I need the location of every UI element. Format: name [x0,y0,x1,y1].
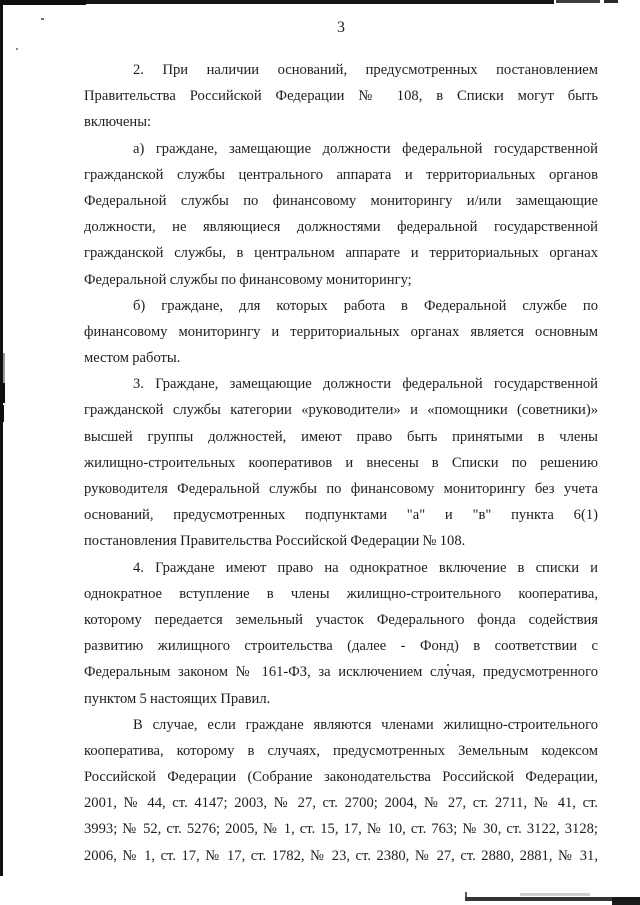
text-line: постановления Правительства Российской Ф… [84,528,598,554]
paragraph: 3. Граждане, замещающие должности федера… [84,371,598,554]
scanned-document-page: { "page": { "number": "3" }, "colors": {… [0,0,640,905]
text-line: которому передается земельный участок Фе… [84,607,598,633]
text-line: гражданской службы, в центральном аппара… [84,240,598,266]
text-line: кооператива, которому в случаях, предусм… [84,738,598,764]
text-line: финансовому мониторингу и территориальны… [84,319,598,345]
text-line: 2006, № 1, ст. 17, № 17, ст. 1782, № 23,… [84,843,598,869]
paragraph: В случае, если граждане являются членами… [84,712,598,869]
scan-edge-top-segment [556,0,600,3]
text-line: Федеральной службы по финансовому монито… [84,267,598,293]
text-line: б) граждане, для которых работа в Федера… [84,293,598,319]
text-line: пунктом 5 настоящих Правил. [84,686,598,712]
paragraph: 4. Граждане имеют право на однократное в… [84,555,598,712]
scan-edge-blob [0,405,4,422]
paragraph: б) граждане, для которых работа в Федера… [84,293,598,372]
text-line: должности, не являющиеся должностями фед… [84,214,598,240]
scan-speck [16,48,18,50]
scan-edge-tick [465,892,467,897]
text-line: высшей группы должностей, имеют право бы… [84,424,598,450]
text-line: оснований, предусмотренных подпунктами "… [84,502,598,528]
scan-edge-bottom-bar [465,897,612,901]
text-line: 2001, № 44, ст. 4147; 2003, № 27, ст. 27… [84,790,598,816]
text-line: местом работы. [84,345,598,371]
scan-edge-top-segment [604,0,618,3]
scan-edge-top-segment [0,0,86,5]
scan-edge-blob [0,383,5,403]
text-line: однократное вступление в члены жилищно-с… [84,581,598,607]
scan-edge-sliver [3,353,5,383]
text-line: а) граждане, замещающие должности федера… [84,136,598,162]
text-line: Правительства Российской Федерации № 108… [84,83,598,109]
text-line: жилищно-строительных кооперативов и внес… [84,450,598,476]
text-line: 3. Граждане, замещающие должности федера… [84,371,598,397]
paragraph: 2. При наличии оснований, предусмотренны… [84,57,598,136]
text-line: Федеральной службы по финансовому монито… [84,188,598,214]
text-line: включены: [84,109,598,135]
scan-speck [41,18,44,20]
text-line: развитию жилищного строительства (далее … [84,633,598,659]
scan-edge-bottom-bar [612,897,640,905]
text-line: В случае, если граждане являются членами… [84,712,598,738]
text-line: гражданской службы центрального аппарата… [84,162,598,188]
text-line: Российской Федерации (Собрание законодат… [84,764,598,790]
scan-edge-left-line [0,0,3,876]
text-line: гражданской службы категории «руководите… [84,397,598,423]
paragraph: а) граждане, замещающие должности федера… [84,136,598,293]
document-body: 2. При наличии оснований, предусмотренны… [84,57,598,869]
text-line: 2. При наличии оснований, предусмотренны… [84,57,598,83]
text-line: Федеральным законом № 161-ФЗ, за исключе… [84,659,598,685]
scan-smudge [520,893,590,896]
page-number: 3 [84,19,598,36]
text-line: 4. Граждане имеют право на однократное в… [84,555,598,581]
text-line: руководителя Федеральной службы по финан… [84,476,598,502]
scan-edge-top-segment [86,0,554,4]
text-line: 3993; № 52, ст. 5276; 2005, № 1, ст. 15,… [84,816,598,842]
